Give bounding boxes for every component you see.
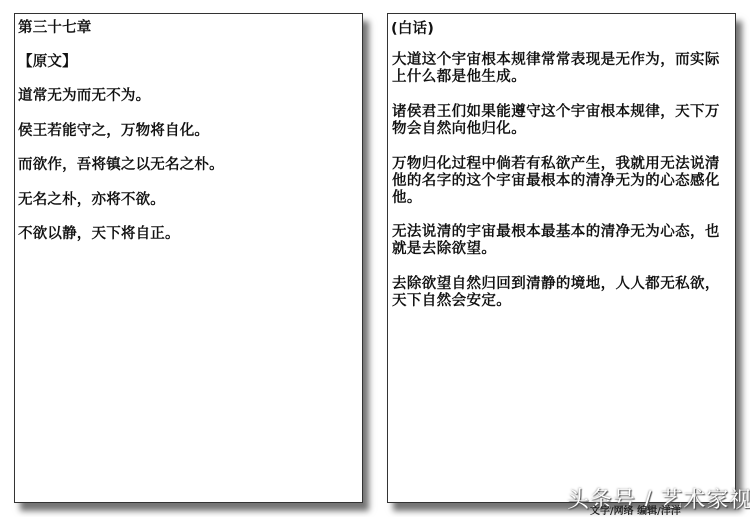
section-label-vernacular: (白话)	[391, 17, 434, 38]
translation-paragraph: 去除欲望自然归回到清静的境地，人人都无私欲，天下自然会安定。	[392, 276, 732, 310]
translation-paragraph: 诸侯君王们如果能遵守这个宇宙根本规律，天下万物会自然向他归化。	[392, 104, 732, 138]
original-text-page: 第三十七章 【原文】 道常无为而无不为。 侯王若能守之，万物将自化。 而欲作，吾…	[14, 13, 363, 503]
section-label-original: 【原文】	[18, 50, 77, 71]
text-line: 道常无为而无不为。	[18, 84, 150, 105]
chapter-title: 第三十七章	[18, 16, 92, 37]
translation-paragraph: 无法说清的宇宙最根本最基本的清净无为心态，也就是去除欲望。	[392, 224, 732, 258]
vernacular-translation-page: (白话) 大道这个宇宙根本规律常常表现是无作为，而实际上什么都是他生成。 诸侯君…	[387, 13, 736, 503]
text-line: 而欲作，吾将镇之以无名之朴。	[18, 153, 224, 174]
text-line: 侯王若能守之，万物将自化。	[18, 119, 209, 140]
translation-paragraph: 大道这个宇宙根本规律常常表现是无作为，而实际上什么都是他生成。	[392, 52, 732, 86]
text-line: 不欲以静，天下将自正。	[18, 222, 180, 243]
credit-line: 文字/网络 编辑/洋洋	[590, 502, 681, 517]
text-line: 无名之朴，亦将不欲。	[18, 188, 165, 209]
translation-paragraph: 万物归化过程中倘若有私欲产生，我就用无法说清他的名字的这个宇宙最根本的清净无为的…	[392, 156, 732, 207]
